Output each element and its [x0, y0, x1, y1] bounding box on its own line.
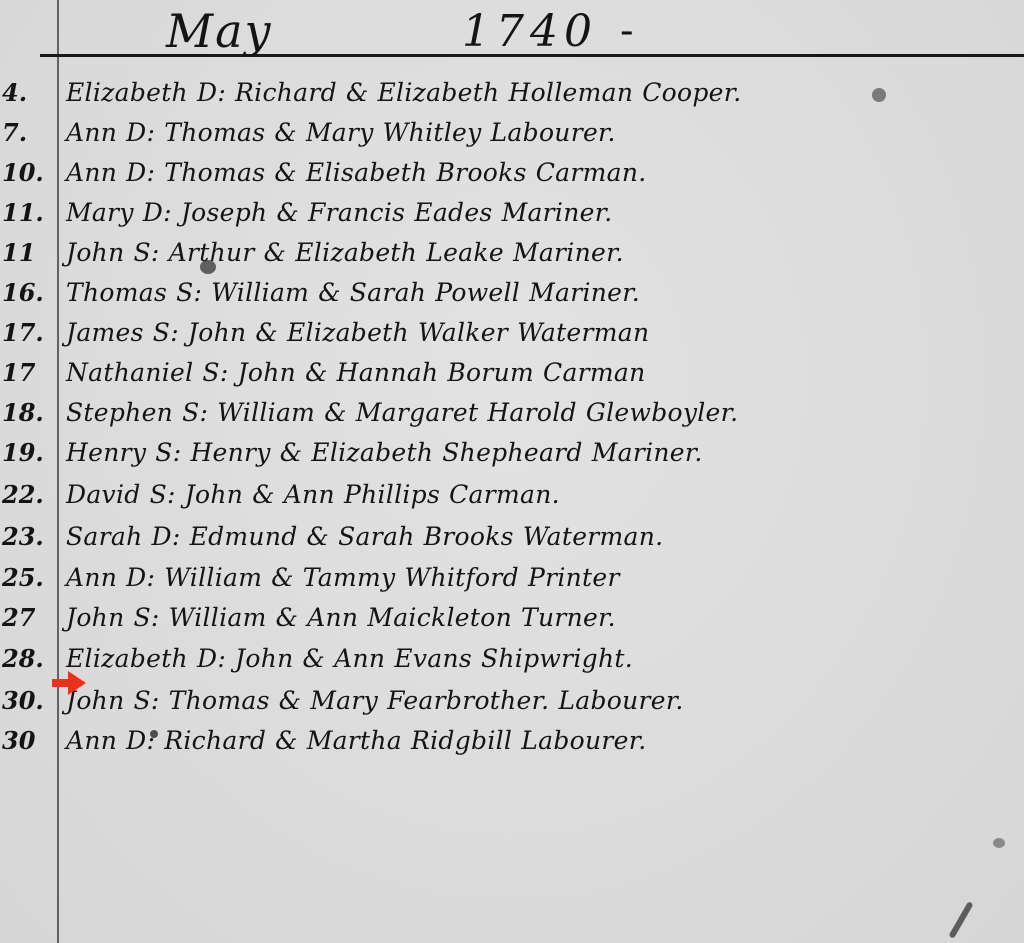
entry-surname: Eades: [414, 198, 492, 227]
register-entry: 17.JamesS:John&ElizabethWalkerWaterman: [0, 318, 1024, 358]
entry-day: 28.: [0, 644, 54, 673]
entry-conjunction: &: [255, 318, 278, 347]
entry-child: Henry: [66, 438, 146, 467]
register-entry: 4.ElizabethD:Richard&ElizabethHollemanCo…: [0, 78, 1024, 118]
entry-child: Ann: [66, 726, 117, 755]
entry-relation: D:: [126, 563, 155, 592]
entry-conjunction: &: [318, 278, 341, 307]
entry-day: 10.: [0, 158, 54, 187]
entry-day: 30: [0, 726, 54, 755]
ink-blot: [993, 838, 1005, 848]
entry-conjunction: &: [271, 563, 294, 592]
entry-text: ElizabethD:Richard&ElizabethHollemanCoop…: [66, 78, 742, 107]
register-entry: 25.AnnD:William&TammyWhitfordPrinter: [0, 563, 1024, 603]
entry-child: Nathaniel: [66, 358, 193, 387]
entry-occupation: Labourer.: [521, 726, 646, 755]
ink-blot: [150, 730, 158, 738]
entry-mother: Ann: [307, 603, 358, 632]
entry-relation: S:: [176, 278, 202, 307]
entry-conjunction: &: [252, 480, 275, 509]
entry-occupation: Labourer.: [558, 686, 683, 715]
entry-surname: Evans: [394, 644, 472, 673]
entry-day: 23.: [0, 522, 54, 551]
entry-text: ElizabethD:John&AnnEvansShipwright.: [66, 644, 633, 673]
register-page: May 1740 - 4.ElizabethD:Richard&Elizabet…: [0, 0, 1024, 943]
page-header: May 1740 -: [150, 4, 750, 56]
entry-conjunction: &: [307, 522, 330, 551]
entry-father: Richard: [235, 78, 337, 107]
entry-relation: D:: [152, 522, 181, 551]
entry-child: Sarah: [66, 522, 143, 551]
register-entry: 11.MaryD:Joseph&FrancisEadesMariner.: [0, 198, 1024, 238]
entry-surname: Ridgbill: [411, 726, 512, 755]
ink-blot: [872, 88, 886, 102]
entry-child: John: [66, 603, 124, 632]
entry-child: Elizabeth: [66, 644, 188, 673]
register-entry: 23.SarahD:Edmund&SarahBrooksWaterman.: [0, 522, 1024, 562]
entry-text: SarahD:Edmund&SarahBrooksWaterman.: [66, 522, 663, 551]
entry-father: Thomas: [169, 686, 270, 715]
entry-occupation: Turner.: [521, 603, 616, 632]
entry-occupation: Mariner.: [592, 438, 703, 467]
entry-father: John: [238, 358, 296, 387]
entry-text: JohnS:Thomas&MaryFearbrother.Labourer.: [66, 686, 684, 715]
entry-conjunction: &: [303, 644, 326, 673]
entry-surname: Whitley: [383, 118, 482, 147]
entry-day: 4.: [0, 78, 54, 107]
entry-surname: Fearbrother.: [387, 686, 549, 715]
entry-father: John: [188, 318, 246, 347]
entry-father: John: [185, 480, 243, 509]
entry-mother: Elisabeth: [306, 158, 428, 187]
entry-conjunction: &: [275, 726, 298, 755]
entry-conjunction: &: [264, 238, 287, 267]
entry-child: Ann: [66, 563, 117, 592]
entry-child: Mary: [66, 198, 134, 227]
entry-occupation: Labourer.: [491, 118, 616, 147]
entry-day: 7.: [0, 118, 54, 147]
entry-mother: Elizabeth: [287, 318, 409, 347]
entry-text: AnnD:William&TammyWhitfordPrinter: [66, 563, 620, 592]
entry-day: 16.: [0, 278, 54, 307]
entry-occupation: Mariner.: [529, 278, 640, 307]
entry-day: 22.: [0, 480, 54, 509]
header-trailing-mark: -: [620, 8, 634, 54]
entry-day: 25.: [0, 563, 54, 592]
entry-mother: Elizabeth: [378, 78, 500, 107]
entry-relation: S:: [150, 480, 176, 509]
entry-surname: Borum: [447, 358, 534, 387]
entry-conjunction: &: [279, 686, 302, 715]
entry-text: ThomasS:William&SarahPowellMariner.: [66, 278, 640, 307]
entry-child: John: [66, 238, 124, 267]
entry-occupation: Carman.: [536, 158, 647, 187]
entry-occupation: Mariner.: [502, 198, 613, 227]
entry-relation: S:: [182, 398, 208, 427]
entry-surname: Leake: [426, 238, 504, 267]
entry-text: JohnS:William&AnnMaickletonTurner.: [66, 603, 616, 632]
entry-relation: S:: [133, 686, 159, 715]
entry-text: JohnS:Arthur&ElizabethLeakeMariner.: [66, 238, 624, 267]
entry-mother: Sarah: [350, 278, 427, 307]
entry-conjunction: &: [324, 398, 347, 427]
entry-day: 17: [0, 358, 54, 387]
red-arrow-annotation-icon: [52, 670, 86, 696]
register-entry: 27JohnS:William&AnnMaickletonTurner.: [0, 603, 1024, 643]
entry-surname: Phillips: [344, 480, 440, 509]
entry-father: Henry: [190, 438, 270, 467]
entry-conjunction: &: [346, 78, 369, 107]
entry-mother: Mary: [310, 686, 378, 715]
entry-father: William: [211, 278, 309, 307]
entry-day: 30.: [0, 686, 54, 715]
entry-surname: Harold: [487, 398, 577, 427]
entry-occupation: Mariner.: [513, 238, 624, 267]
entry-mother: Tammy: [303, 563, 396, 592]
register-entry: 18.StephenS:William&MargaretHaroldGlewbo…: [0, 398, 1024, 438]
entry-occupation: Carman.: [449, 480, 560, 509]
entry-conjunction: &: [274, 118, 297, 147]
entry-text: HenryS:Henry&ElizabethShepheardMariner.: [66, 438, 703, 467]
entry-day: 19.: [0, 438, 54, 467]
entry-relation: D:: [143, 198, 172, 227]
entry-relation: S:: [155, 438, 181, 467]
entry-surname: Shepheard: [442, 438, 582, 467]
entry-child: Elizabeth: [66, 78, 188, 107]
entry-relation: D:: [197, 644, 226, 673]
entry-mother: Ann: [334, 644, 385, 673]
entry-occupation: Glewboyler.: [586, 398, 739, 427]
entry-surname: Walker: [418, 318, 508, 347]
entry-mother: Mary: [306, 118, 374, 147]
register-entry: 30.JohnS:Thomas&MaryFearbrother.Labourer…: [0, 686, 1024, 726]
entry-mother: Margaret: [356, 398, 479, 427]
entry-occupation: Shipwright.: [481, 644, 633, 673]
entry-text: DavidS:John&AnnPhillipsCarman.: [66, 480, 560, 509]
header-month: May: [166, 4, 273, 58]
entry-mother: Martha: [307, 726, 402, 755]
entry-day: 18.: [0, 398, 54, 427]
entry-father: William: [164, 563, 262, 592]
entry-child: Stephen: [66, 398, 173, 427]
entry-child: Ann: [66, 158, 117, 187]
entry-text: StephenS:William&MargaretHaroldGlewboyle…: [66, 398, 738, 427]
entry-occupation: Printer: [528, 563, 620, 592]
entry-day: 17.: [0, 318, 54, 347]
entry-father: Thomas: [164, 118, 265, 147]
entry-day: 11: [0, 238, 54, 267]
register-entry: 11JohnS:Arthur&ElizabethLeakeMariner.: [0, 238, 1024, 278]
entry-conjunction: &: [280, 438, 303, 467]
entry-child: David: [66, 480, 141, 509]
ink-stroke: [948, 901, 973, 939]
entry-father: John: [235, 644, 293, 673]
entry-occupation: Carman: [543, 358, 646, 387]
entry-father: Richard: [164, 726, 266, 755]
entry-relation: S:: [202, 358, 228, 387]
header-year: 1740: [462, 6, 598, 57]
entry-father: William: [169, 603, 267, 632]
entry-relation: S:: [133, 238, 159, 267]
entry-text: AnnD:Thomas&ElisabethBrooksCarman.: [66, 158, 646, 187]
entry-relation: D:: [197, 78, 226, 107]
entry-day: 11.: [0, 198, 54, 227]
entry-relation: D:: [126, 118, 155, 147]
entry-conjunction: &: [305, 358, 328, 387]
entry-conjunction: &: [276, 198, 299, 227]
entry-relation: S:: [133, 603, 159, 632]
entry-text: MaryD:Joseph&FrancisEadesMariner.: [66, 198, 612, 227]
register-entry: 16.ThomasS:William&SarahPowellMariner.: [0, 278, 1024, 318]
entry-occupation: Cooper.: [642, 78, 741, 107]
register-entry: 7.AnnD:Thomas&MaryWhitleyLabourer.: [0, 118, 1024, 158]
entry-father: William: [217, 398, 315, 427]
entry-day: 27: [0, 603, 54, 632]
entry-father: Thomas: [164, 158, 265, 187]
register-entry: 19.HenryS:Henry&ElizabethShepheardMarine…: [0, 438, 1024, 478]
entry-occupation: Waterman: [517, 318, 649, 347]
entry-conjunction: &: [276, 603, 299, 632]
ink-blot: [200, 260, 216, 274]
entry-mother: Francis: [308, 198, 405, 227]
entry-mother: Ann: [284, 480, 335, 509]
entry-text: NathanielS:John&HannahBorumCarman: [66, 358, 646, 387]
entry-surname: Maickleton: [367, 603, 512, 632]
register-entry: 22.DavidS:John&AnnPhillipsCarman.: [0, 480, 1024, 520]
entry-surname: Brooks: [437, 158, 527, 187]
entry-surname: Holleman: [508, 78, 633, 107]
entry-conjunction: &: [274, 158, 297, 187]
register-entry: 10.AnnD:Thomas&ElisabethBrooksCarman.: [0, 158, 1024, 198]
entry-mother: Hannah: [337, 358, 439, 387]
entry-child: Ann: [66, 118, 117, 147]
entry-text: AnnD:Thomas&MaryWhitleyLabourer.: [66, 118, 616, 147]
register-entry: 17NathanielS:John&HannahBorumCarman: [0, 358, 1024, 398]
entry-relation: S:: [153, 318, 179, 347]
entry-text: JamesS:John&ElizabethWalkerWaterman: [66, 318, 649, 347]
register-entry: 28.ElizabethD:John&AnnEvansShipwright.: [0, 644, 1024, 684]
entry-surname: Powell: [435, 278, 520, 307]
entry-child: Thomas: [66, 278, 167, 307]
entry-occupation: Waterman.: [523, 522, 664, 551]
entry-mother: Elizabeth: [295, 238, 417, 267]
entry-surname: Brooks: [424, 522, 514, 551]
entry-relation: D:: [126, 158, 155, 187]
entry-mother: Elizabeth: [311, 438, 433, 467]
entry-father: Joseph: [181, 198, 268, 227]
entry-child: James: [66, 318, 144, 347]
entry-mother: Sarah: [338, 522, 415, 551]
entry-surname: Whitford: [404, 563, 519, 592]
entry-father: Edmund: [190, 522, 298, 551]
